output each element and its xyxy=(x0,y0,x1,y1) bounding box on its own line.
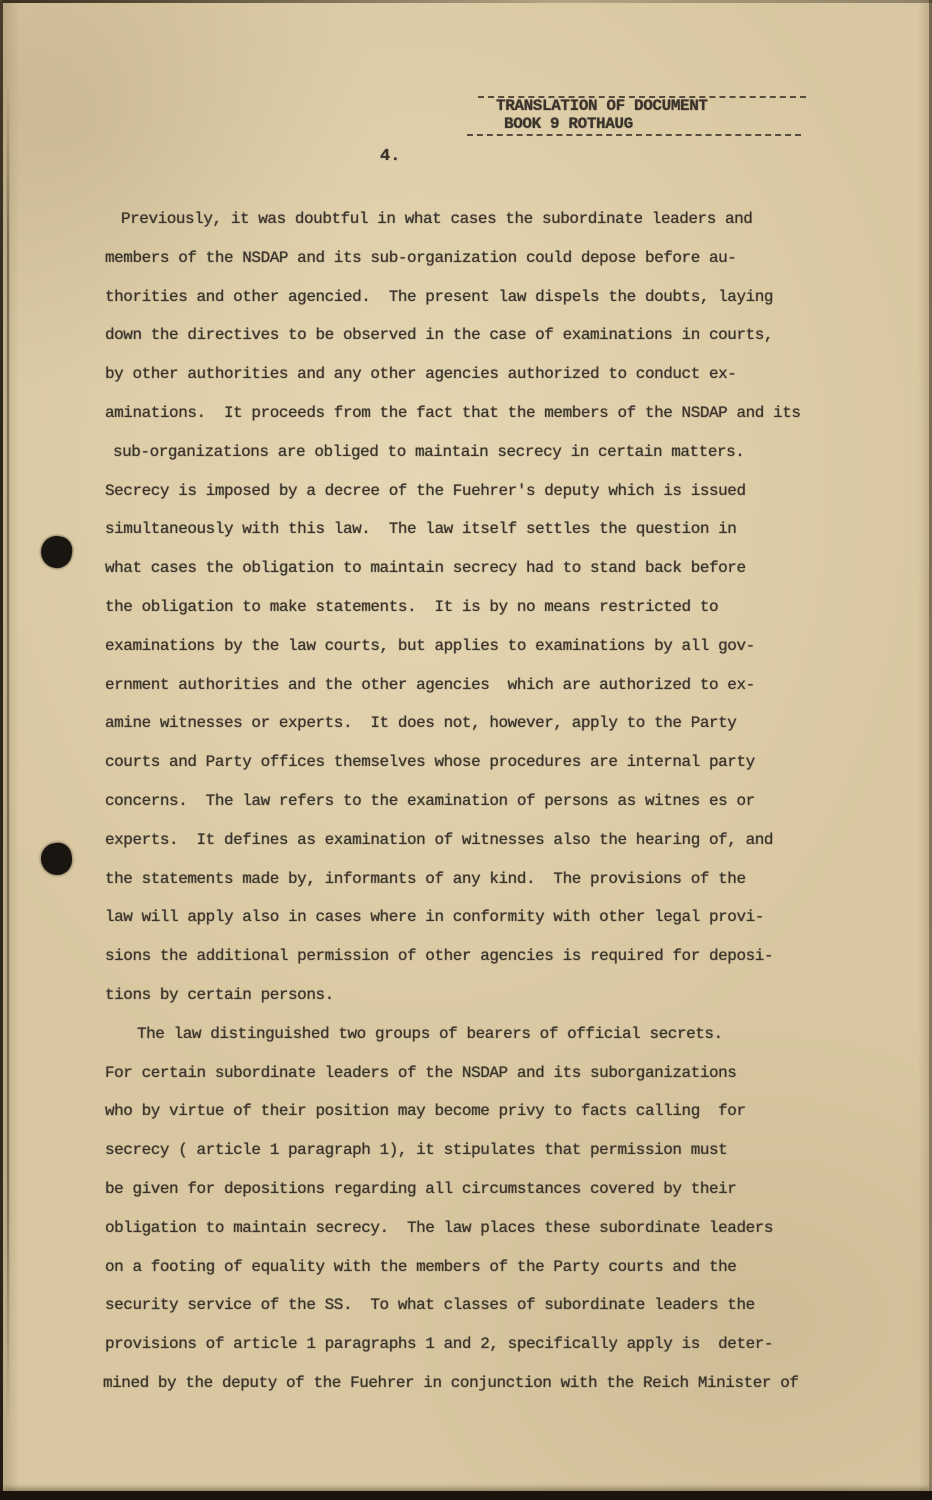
text-line: Previously, it was doubtful in what case… xyxy=(105,200,865,239)
page-number: 4. xyxy=(380,147,400,166)
stamp-rule-bottom xyxy=(467,134,801,136)
text-line: on a footing of equality with the member… xyxy=(105,1248,865,1287)
text-line: be given for depositions regarding all c… xyxy=(105,1170,865,1209)
text-line: security service of the SS. To what clas… xyxy=(105,1286,865,1325)
text-line: aminations. It proceeds from the fact th… xyxy=(105,394,865,433)
text-line: concerns. The law refers to the examinat… xyxy=(105,782,865,821)
text-line: amine witnesses or experts. It does not,… xyxy=(105,704,865,743)
text-line: secrecy ( article 1 paragraph 1), it sti… xyxy=(105,1131,865,1170)
text-line: experts. It defines as examination of wi… xyxy=(105,821,865,860)
hole-punch-top xyxy=(39,534,74,570)
page-edge-left xyxy=(0,0,3,1500)
text-line: Secrecy is imposed by a decree of the Fu… xyxy=(105,472,865,511)
text-line: tions by certain persons. xyxy=(105,976,865,1015)
text-line: For certain subordinate leaders of the N… xyxy=(105,1054,865,1093)
text-line: simultaneously with this law. The law it… xyxy=(105,510,865,549)
page-edge-bottom xyxy=(0,1491,932,1500)
text-line: sub-organizations are obliged to maintai… xyxy=(105,433,865,472)
paper-crease xyxy=(7,80,9,1430)
stamp-title: TRANSLATION OF DOCUMENT xyxy=(496,97,708,115)
text-line: ernment authorities and the other agenci… xyxy=(105,666,865,705)
text-line: members of the NSDAP and its sub-organiz… xyxy=(105,239,865,278)
text-line: mined by the deputy of the Fuehrer in co… xyxy=(103,1364,865,1403)
text-line: obligation to maintain secrecy. The law … xyxy=(105,1209,865,1248)
text-line: The law distinguished two groups of bear… xyxy=(105,1015,865,1054)
text-line: by other authorities and any other agenc… xyxy=(105,355,865,394)
stamp-book-label: BOOK 9 ROTHAUG xyxy=(504,115,633,133)
text-line: thorities and other agencied. The presen… xyxy=(105,278,865,317)
page-edge-top xyxy=(0,0,932,3)
translation-stamp: TRANSLATION OF DOCUMENT BOOK 9 ROTHAUG xyxy=(467,92,819,144)
text-line: law will apply also in cases where in co… xyxy=(105,898,865,937)
scanned-document-page: TRANSLATION OF DOCUMENT BOOK 9 ROTHAUG 4… xyxy=(0,0,932,1500)
hole-punch-bottom xyxy=(39,841,73,876)
text-line: who by virtue of their position may beco… xyxy=(105,1092,865,1131)
text-line: the obligation to make statements. It is… xyxy=(105,588,865,627)
text-line: provisions of article 1 paragraphs 1 and… xyxy=(105,1325,865,1364)
text-line: sions the additional permission of other… xyxy=(105,937,865,976)
document-text: Previously, it was doubtful in what case… xyxy=(105,200,865,1403)
text-line: courts and Party offices themselves whos… xyxy=(105,743,865,782)
text-line: what cases the obligation to maintain se… xyxy=(105,549,865,588)
text-line: down the directives to be observed in th… xyxy=(105,316,865,355)
text-line: examinations by the law courts, but appl… xyxy=(105,627,865,666)
text-line: the statements made by, informants of an… xyxy=(105,860,865,899)
